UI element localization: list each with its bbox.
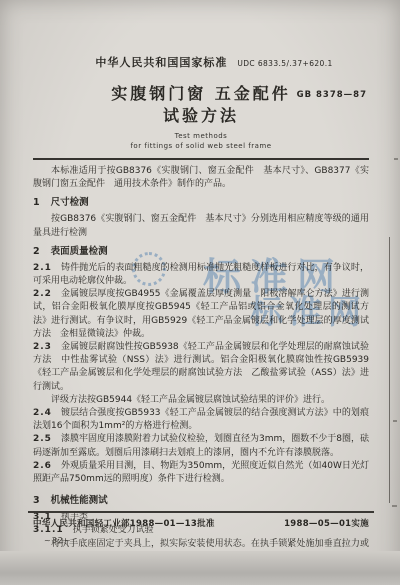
title-block: 实腹钢门窗 五金配件 试验方法 GB 8378—87 [33, 83, 369, 127]
scan-artifact-tick [393, 420, 397, 422]
section-number: 2 [33, 246, 41, 257]
implementation-note: 1988—05—01实施 [284, 517, 369, 529]
clause-text: 外观质量采用目测，目、物距为350mm，光照度近似自然光（如40W日光灯照距产品… [33, 461, 369, 484]
section-heading-2: 2表面质量检测 [33, 245, 369, 259]
footer-row: 中华人民共和国轻工业部1988—01—13批准 1988—05—01实施 [33, 517, 369, 529]
header-divider [33, 158, 369, 160]
header-row: 中华人民共和国国家标准 UDC 6833.5/.37+620.1 [33, 54, 369, 70]
section-number: 3 [33, 495, 41, 506]
clause-number: 2.3 [33, 342, 52, 352]
english-title-line2: for fittings of solid web steel frame [33, 141, 369, 151]
clause-text: 金属镀层耐腐蚀性按GB5938《轻工产品金属镀层和化学处理层的耐腐蚀试验方法 中… [33, 342, 369, 392]
scan-edge-shadow [0, 551, 400, 585]
clause-2-3-rating-paragraph: 评级方法按GB5944《轻工产品金属镀层腐蚀试验结果的评价》进行。 [33, 394, 369, 407]
clause-2-3: 2.3金属镀层耐腐蚀性按GB5938《轻工产品金属镀层和化学处理层的耐腐蚀试验方… [33, 341, 369, 394]
clause-paragraph: 按GB8376《实腹钢门、窗五金配件 基本尺寸》分别选用相应精度等级的通用量具进… [33, 213, 369, 239]
scan-artifact-tick [392, 505, 397, 507]
scan-artifact-vertical-line [389, 237, 390, 503]
clause-number: 2.6 [33, 461, 52, 471]
scan-artifact-tick [394, 158, 398, 160]
clause-2-2: 2.2金属镀层厚度按GB4955《金属覆盖层厚度测量 阳极溶解库仑方法》进行测试… [33, 288, 369, 341]
clause-text: 漆膜牢固度用漆膜附着力试验仪检验，划圈直径为3mm，圈数不少于8圈，砝码逐渐加至… [33, 434, 369, 457]
section-heading-1: 1尺寸检测 [33, 196, 369, 210]
section-title: 尺寸检测 [51, 197, 89, 208]
udc-number: UDC 6833.5/.37+620.1 [237, 59, 332, 68]
national-standard-label: 中华人民共和国国家标准 [95, 54, 227, 70]
clause-number: 2.2 [33, 289, 52, 299]
clause-2-6: 2.6外观质量采用目测，目、物距为350mm，光照度近似自然光（如40W日光灯照… [33, 460, 369, 486]
clause-2-4: 2.4镀层结合强度按GB5933《轻工产品金属镀层的结合强度测试方法》中的划痕法… [33, 407, 369, 433]
scanned-standard-page: 中华人民共和国国家标准 UDC 6833.5/.37+620.1 实腹钢门窗 五… [0, 0, 400, 585]
clause-text: 金属镀层厚度按GB4955《金属覆盖层厚度测量 阳极溶解库仑方法》进行测试，铝合… [33, 289, 369, 339]
section-heading-3: 3机械性能测试 [33, 494, 369, 508]
clause-number: 2.1 [33, 263, 52, 273]
document-title-line2: 试验方法 [33, 105, 369, 127]
body-text: 本标准适用于按GB8376《实腹钢门、窗五金配件 基本尺寸》、GB8377《实腹… [33, 165, 369, 564]
clause-number: 2.4 [33, 408, 52, 418]
section-title: 机械性能测试 [51, 495, 108, 506]
page-number: ~32~ [44, 536, 72, 545]
english-title-line1: Test methods [33, 131, 369, 141]
clause-number: 2.5 [33, 434, 52, 444]
standard-code: GB 8378—87 [297, 90, 367, 100]
section-number: 1 [33, 197, 41, 208]
clause-2-5: 2.5漆膜牢固度用漆膜附着力试验仪检验，划圈直径为3mm，圈数不少于8圈，砝码逐… [33, 433, 369, 459]
page-content: 中华人民共和国国家标准 UDC 6833.5/.37+620.1 实腹钢门窗 五… [33, 54, 369, 564]
clause-text: 镀层结合强度按GB5933《轻工产品金属镀层的结合强度测试方法》中的划痕法划16… [33, 408, 369, 431]
english-title: Test methods for fittings of solid web s… [33, 131, 369, 151]
clause-text: 铸件抛光后的表面粗糙度的检测用标准抛光粗糙度样板进行对比，有争议时，可采用电动轮… [33, 263, 369, 286]
scope-paragraph: 本标准适用于按GB8376《实腹钢门、窗五金配件 基本尺寸》、GB8377《实腹… [33, 165, 369, 191]
section-title: 表面质量检测 [51, 246, 108, 257]
footer-divider [28, 511, 374, 513]
clause-2-1: 2.1铸件抛光后的表面粗糙度的检测用标准抛光粗糙度样板进行对比，有争议时，可采用… [33, 262, 369, 288]
approval-note: 中华人民共和国轻工业部1988—01—13批准 [33, 517, 215, 529]
